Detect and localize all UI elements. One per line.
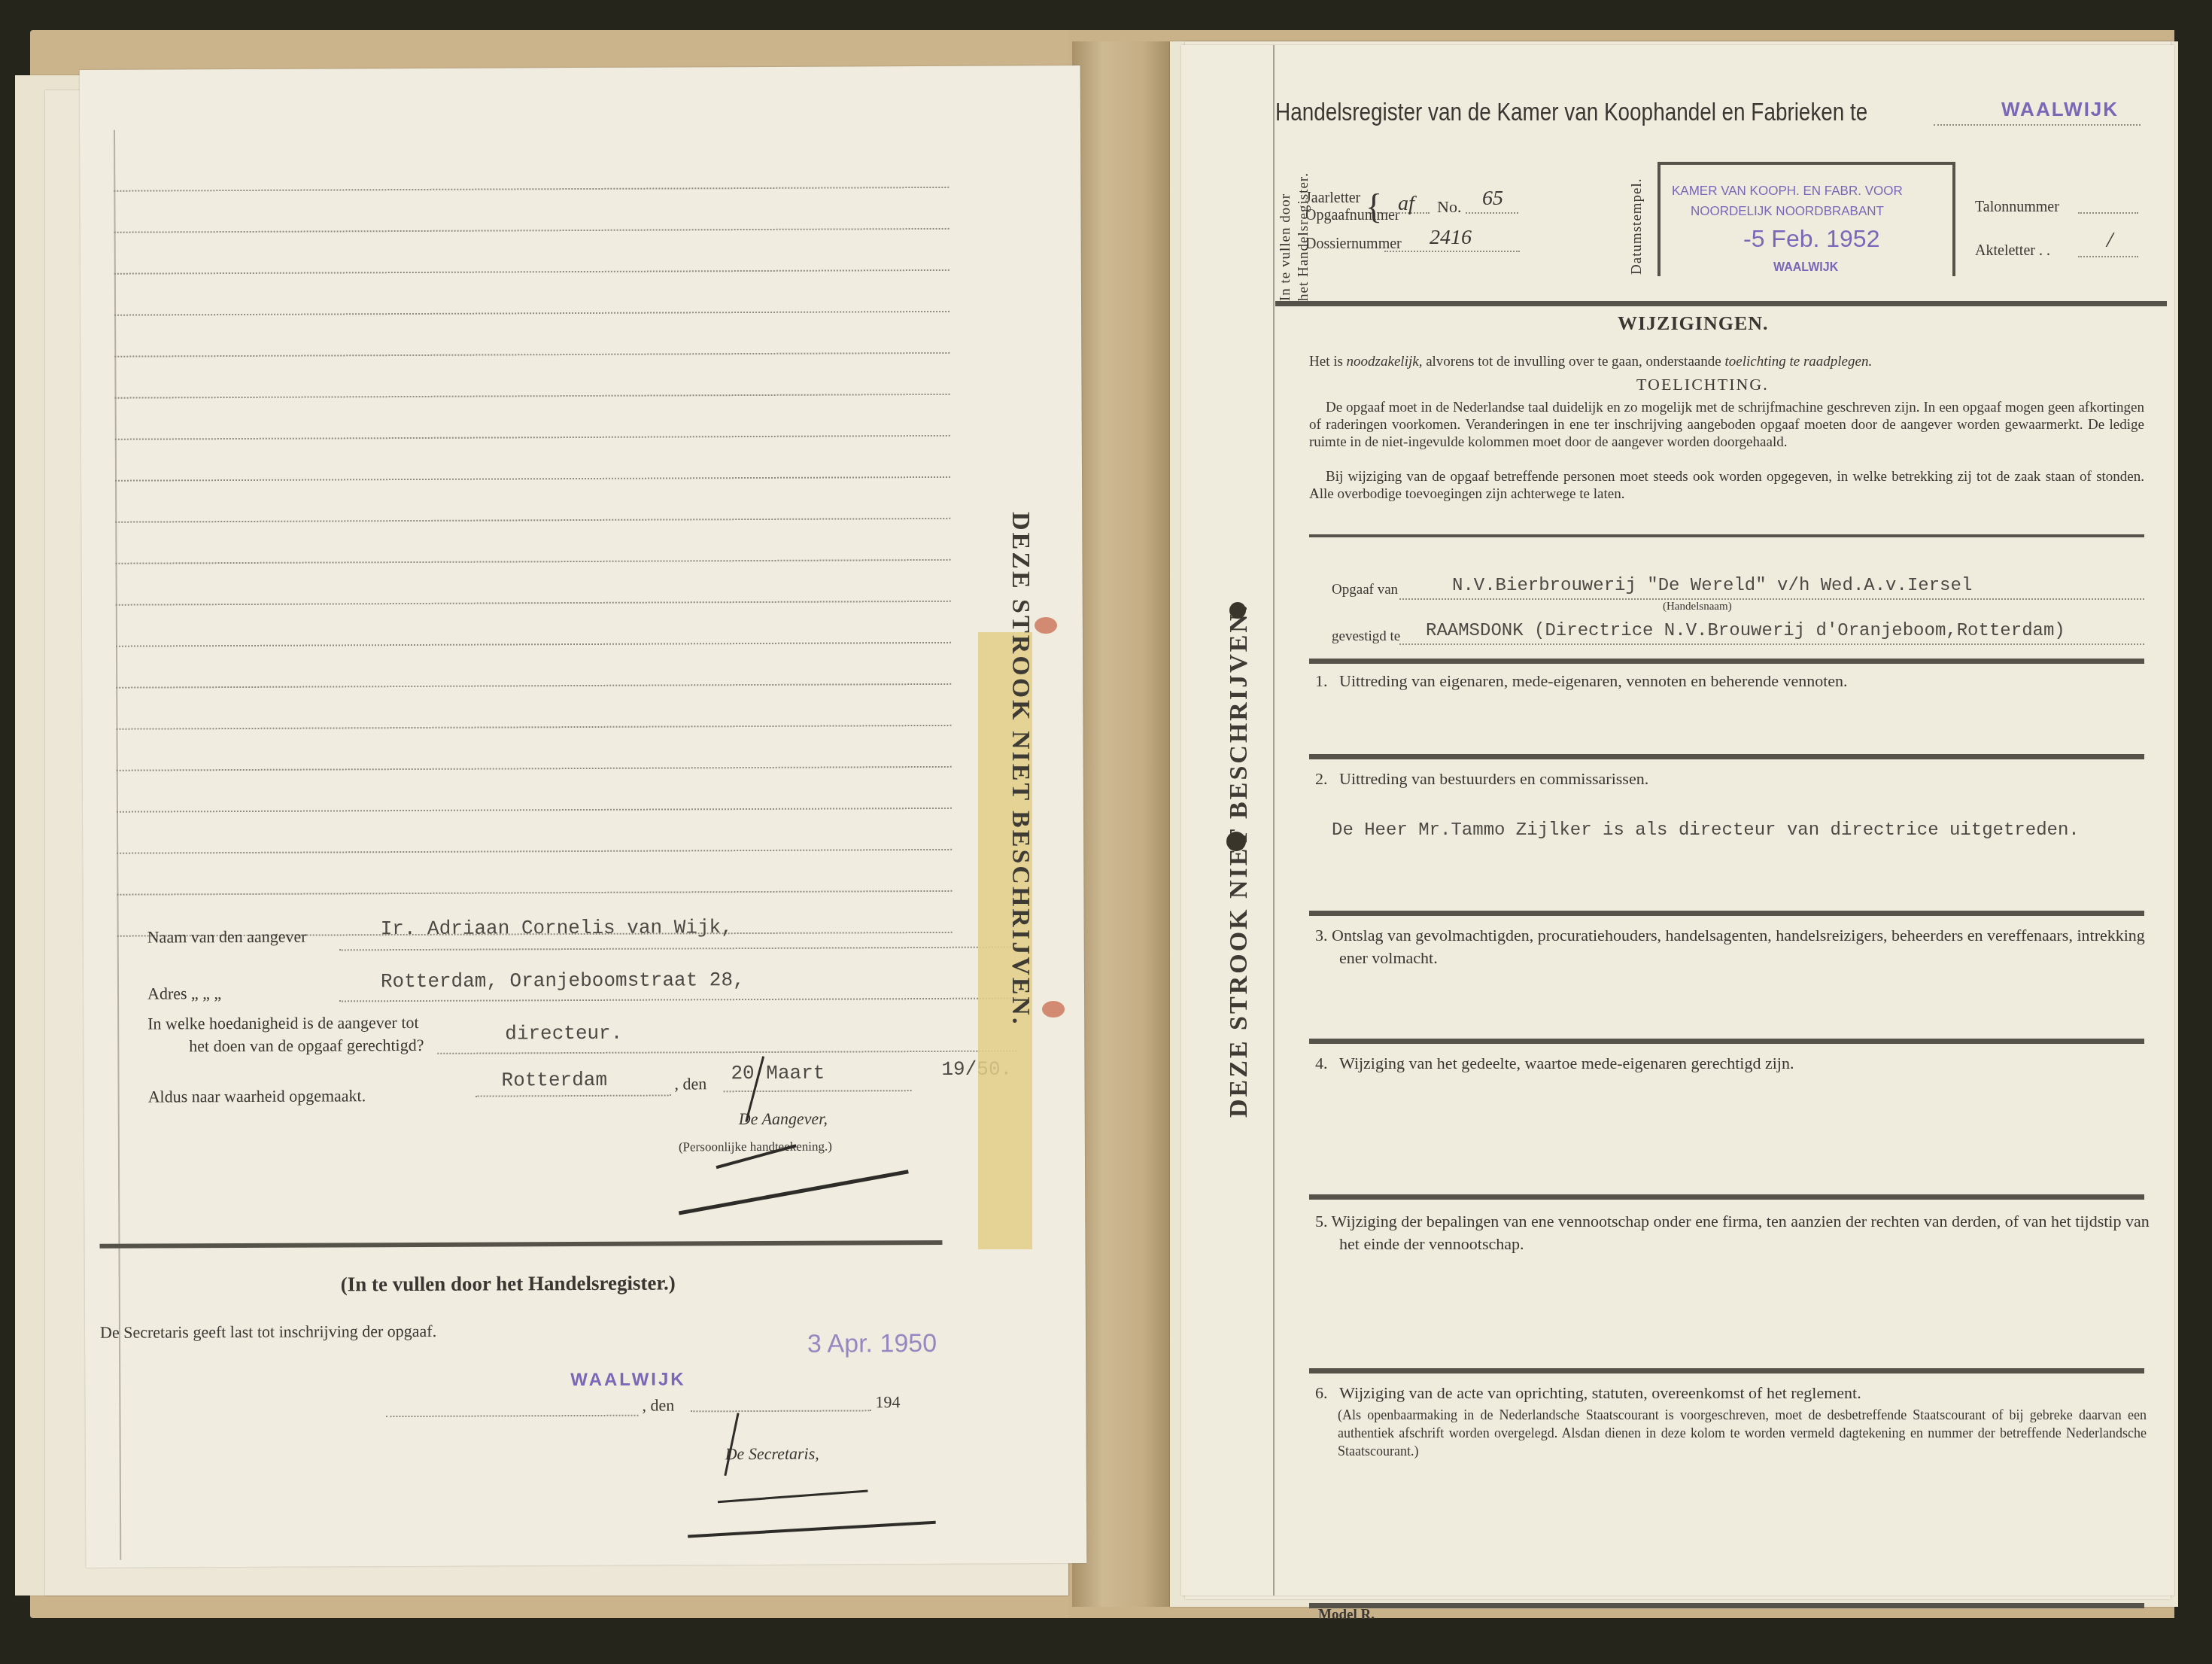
declarant-name-label: Naam van den aangever — [147, 927, 307, 948]
section-6: 6. Wijziging van de acte van oprichting,… — [1315, 1383, 2147, 1403]
brace: { — [1366, 187, 1382, 227]
registry-year-prefix: 194 — [875, 1392, 900, 1412]
toelichting-paragraph-2: Bij wijziging van de opgaaf betreffende … — [1309, 468, 2144, 503]
no-label: No. — [1437, 197, 1461, 217]
stamp-line2: NOORDELIJK NOORDBRABANT — [1691, 204, 1884, 219]
dossier-field[interactable]: 2416 — [1430, 226, 1472, 250]
declarant-address-label: Adres „ „ „ — [147, 984, 221, 1003]
changes-heading: WIJZIGINGEN. — [1618, 312, 1769, 335]
registry-place-stamp: WAALWIJK — [570, 1369, 685, 1391]
section-2-entry[interactable]: De Heer Mr.Tammo Zijlker is als directeu… — [1332, 820, 2080, 841]
right-form-page: DEZE STROOK NIET BESCHRIJVEN. Handelsreg… — [1181, 45, 2174, 1596]
section-3: 3. Ontslag van gevolmachtigden, procurat… — [1315, 924, 2171, 969]
section-5: 5. Wijziging der bepalingen van ene venn… — [1315, 1210, 2171, 1255]
section-1: 1. Uittreding van eigenaren, mede-eigena… — [1315, 671, 1848, 691]
section-4: 4. Wijziging van het gedeelte, waartoe m… — [1315, 1054, 1794, 1073]
register-title: Handelsregister van de Kamer van Koophan… — [1275, 98, 1867, 127]
no-field[interactable]: 65 — [1482, 187, 1503, 211]
opgaaf-label: Opgaaf van — [1332, 582, 1398, 598]
stamp-place: WAALWIJK — [1773, 261, 1838, 275]
toelichting-paragraph-1: De opgaaf moet in de Nederlandse taal du… — [1309, 399, 2144, 451]
capacity-field[interactable]: directeur. — [505, 1022, 622, 1045]
left-strip-warning: DEZE STROOK NIET BESCHRIJVEN. — [1006, 512, 1035, 1026]
opgaaf-field[interactable]: N.V.Bierbrouwerij "De Wereld" v/h Wed.A.… — [1452, 576, 1972, 596]
left-form-page: Naam van den aangever Ir. Adriaan Cornel… — [80, 65, 1087, 1568]
registry-instruction: De Secretaris geeft last tot inschrijvin… — [100, 1322, 436, 1343]
jaarletter-field[interactable]: af — [1398, 192, 1414, 216]
registry-heading: (In te vullen door het Handelsregister.) — [341, 1271, 676, 1296]
capacity-label-2: het doen van de opgaaf gerechtigd? — [189, 1036, 424, 1056]
model-label: Model R. — [1318, 1607, 1375, 1623]
opgaafnummer-label: Opgaafnummer — [1305, 207, 1400, 224]
section-2: 2. Uittreding van bestuurders en commiss… — [1315, 769, 1648, 789]
gevestigd-field[interactable]: RAAMSDONK (Directrice N.V.Brouwerij d'Or… — [1426, 621, 2065, 641]
section-6-note: (Als openbaarmaking in de Nederlandsche … — [1338, 1406, 2147, 1460]
signer-note: (Persoonlijke handteekening.) — [679, 1139, 832, 1155]
made-label: Aldus naar waarheid opgemaakt. — [148, 1086, 366, 1106]
jaarletter-label: Jaarletter — [1305, 190, 1360, 207]
akte-label: Akteletter . . — [1975, 242, 2050, 260]
datumstempel-label: Datumstempel. — [1629, 178, 1645, 275]
declarant-name-field[interactable]: Ir. Adriaan Cornelis van Wijk, — [381, 916, 733, 940]
right-strip-warning: DEZE STROOK NIET BESCHRIJVEN. — [1225, 604, 1253, 1118]
staple-hole-bottom — [1042, 1001, 1065, 1018]
register-place-stamp: WAALWIJK — [2001, 98, 2119, 121]
place-field[interactable]: Rotterdam — [501, 1069, 607, 1092]
punch-hole-top — [1229, 602, 1246, 619]
date-field[interactable]: 20 Maart — [731, 1062, 825, 1085]
capacity-label-1: In welke hoedanigheid is de aangever tot — [147, 1013, 419, 1034]
signer-title: De Aangever, — [739, 1109, 828, 1130]
date-stamp-box: KAMER VAN KOOPH. EN FABR. VOOR NOORDELIJ… — [1657, 162, 1955, 276]
registry-date-stamp: 3 Apr. 1950 — [807, 1329, 937, 1359]
gevestigd-label: gevestigd te — [1332, 628, 1400, 645]
punch-hole-bottom — [1226, 832, 1246, 851]
side-note-line1: In te vullen door — [1278, 193, 1294, 301]
declarant-address-field[interactable]: Rotterdam, Oranjeboomstraat 28, — [381, 969, 745, 993]
stamp-date: -5 Feb. 1952 — [1743, 225, 1879, 253]
toelichting-heading: TOELICHTING. — [1636, 375, 1769, 394]
handelsnaam-label: (Handelsnaam) — [1663, 601, 1732, 613]
akte-field[interactable]: / — [2107, 227, 2113, 253]
den-label: , den — [674, 1074, 706, 1094]
stamp-line1: KAMER VAN KOOPH. EN FABR. VOOR — [1672, 184, 1903, 199]
talon-label: Talonnummer — [1975, 199, 2059, 216]
intro-text: Het is noodzakelijk, alvorens tot de inv… — [1309, 354, 1872, 370]
folder-spine — [1072, 41, 1174, 1607]
secretary-label: De Secretaris, — [725, 1444, 819, 1465]
registry-den-label: , den — [642, 1395, 674, 1415]
staple-hole-top — [1035, 617, 1057, 634]
